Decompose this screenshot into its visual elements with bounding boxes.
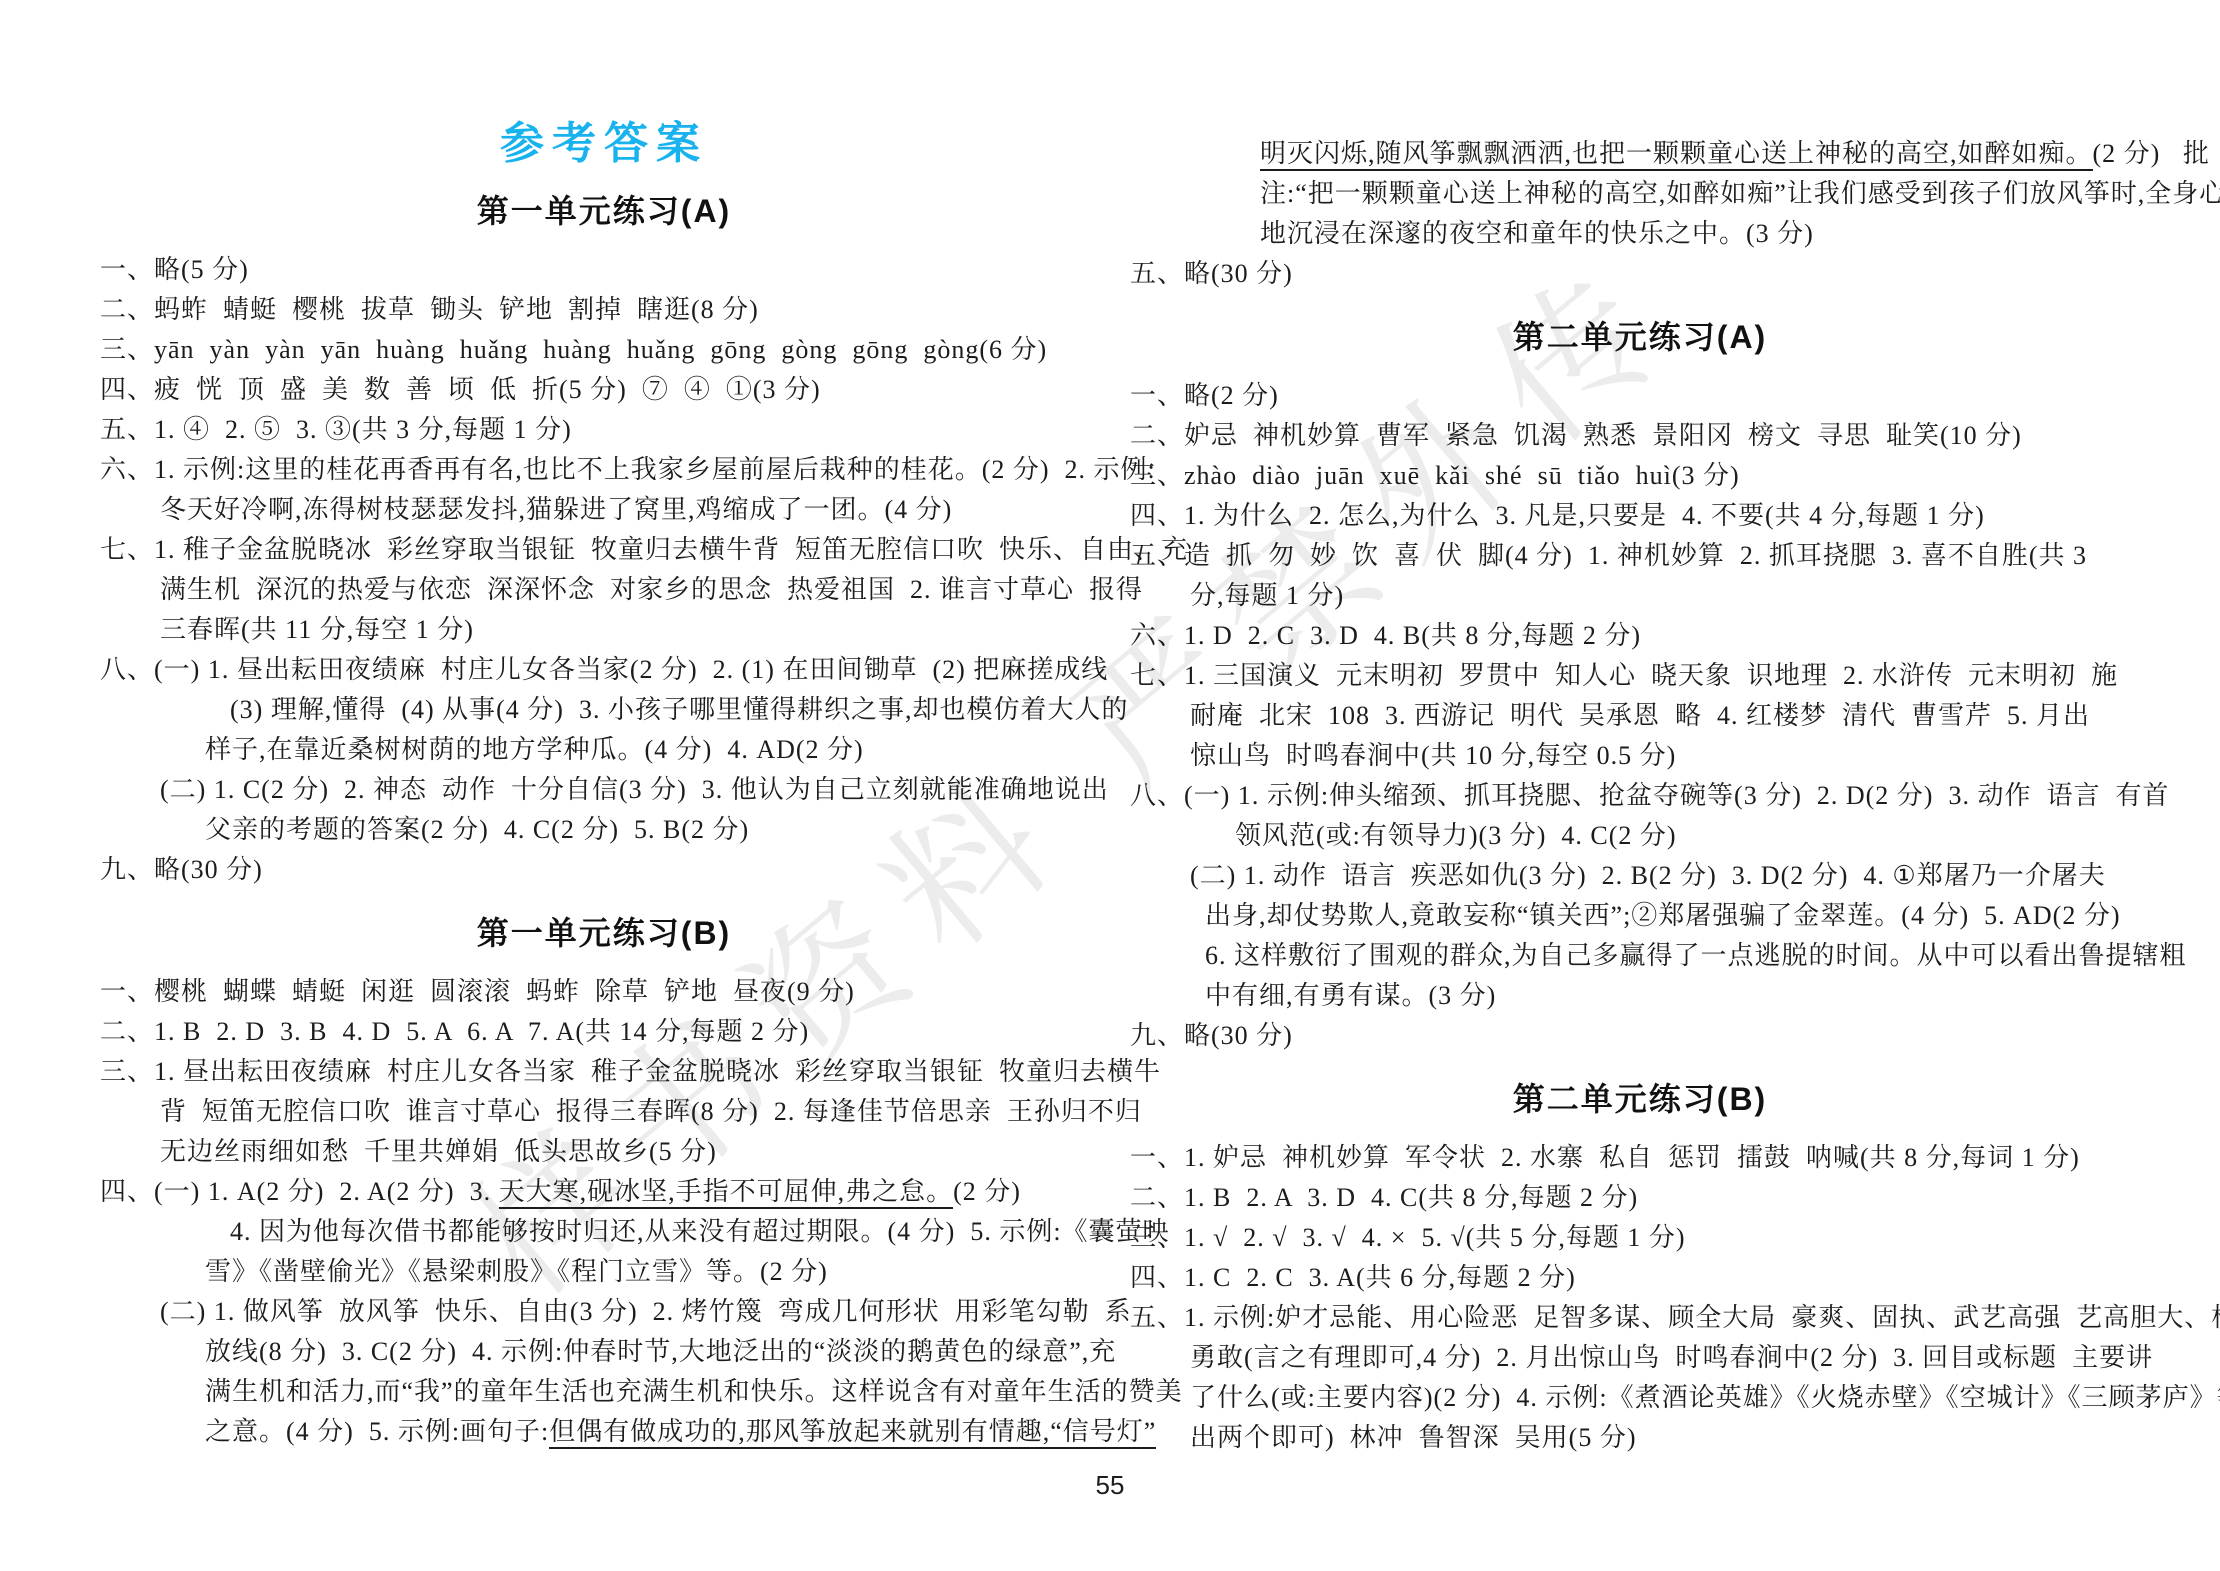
answer-line: 出两个即可) 林冲 鲁智深 吴用(5 分) bbox=[1130, 1418, 2150, 1458]
answer-line: 放线(8 分) 3. C(2 分) 4. 示例:仲春时节,大地泛出的“淡淡的鹅黄… bbox=[100, 1332, 1108, 1372]
answer-text: 七、1. 稚子金盆脱晓冰 彩丝穿取当银钲 牧童归去横牛背 短笛无腔信口吹 快乐、… bbox=[100, 535, 1188, 564]
answer-line: 四、(一) 1. A(2 分) 2. A(2 分) 3. 天大寒,砚冰坚,手指不… bbox=[100, 1172, 1108, 1212]
section-heading: 第二单元练习(B) bbox=[1130, 1078, 2150, 1120]
answer-text: 九、略(30 分) bbox=[100, 855, 263, 884]
answer-line: 注:“把一颗颗童心送上神秘的高空,如醉如痴”让我们感受到孩子们放风筝时,全身心 bbox=[1130, 174, 2150, 214]
answer-text: 6. 这样敷衍了围观的群众,为自己多赢得了一点逃脱的时间。从中可以看出鲁提辖粗 bbox=[1205, 941, 2187, 970]
answer-line: 二、蚂蚱 蜻蜓 樱桃 拔草 锄头 铲地 割掉 瞎逛(8 分) bbox=[100, 290, 1108, 330]
underlined-answer-text: 明灭闪烁,随风筝飘飘洒洒,也把一颗颗童心送上神秘的高空,如醉如痴。 bbox=[1260, 139, 2093, 171]
answer-line: 一、略(2 分) bbox=[1130, 376, 2150, 416]
left-column: 参考答案 第一单元练习(A)一、略(5 分)二、蚂蚱 蜻蜓 樱桃 拔草 锄头 铲… bbox=[100, 120, 1108, 1452]
answer-line: 三、1. 昼出耘田夜绩麻 村庄儿女各当家 稚子金盆脱晓冰 彩丝穿取当银钲 牧童归… bbox=[100, 1052, 1108, 1092]
answer-text: (3) 理解,懂得 (4) 从事(4 分) 3. 小孩子哪里懂得耕织之事,却也模… bbox=[230, 695, 1128, 724]
answer-text: 二、蚂蚱 蜻蜓 樱桃 拔草 锄头 铲地 割掉 瞎逛(8 分) bbox=[100, 295, 759, 324]
answer-line: (二) 1. C(2 分) 2. 神态 动作 十分自信(3 分) 3. 他认为自… bbox=[100, 770, 1108, 810]
answer-line: 三、1. √ 2. √ 3. √ 4. × 5. √(共 5 分,每题 1 分) bbox=[1130, 1218, 2150, 1258]
answer-line: 惊山鸟 时鸣春涧中(共 10 分,每空 0.5 分) bbox=[1130, 736, 2150, 776]
answer-line: 无边丝雨细如愁 千里共婵娟 低头思故乡(5 分) bbox=[100, 1132, 1108, 1172]
answer-line: 满生机和活力,而“我”的童年生活也充满生机和快乐。这样说含有对童年生活的赞美 bbox=[100, 1372, 1108, 1412]
answer-line: 五、1. 示例:妒才忌能、用心险恶 足智多谋、顾全大局 豪爽、固执、武艺高强 艺… bbox=[1130, 1298, 2150, 1338]
answer-text: 了什么(或:主要内容)(2 分) 4. 示例:《煮酒论英雄》《火烧赤壁》《空城计… bbox=[1190, 1383, 2220, 1412]
answer-text: 四、疲 恍 顶 盛 美 数 善 顷 低 折(5 分) ⑦ ④ ①(3 分) bbox=[100, 375, 821, 404]
answer-line: 三、yān yàn yàn yān huàng huǎng huàng huǎn… bbox=[100, 330, 1108, 370]
answer-line: 样子,在靠近桑树树荫的地方学种瓜。(4 分) 4. AD(2 分) bbox=[100, 730, 1108, 770]
underlined-answer-text: 天大寒,砚冰坚,手指不可屈伸,弗之怠。 bbox=[499, 1177, 954, 1209]
answer-line: 二、1. B 2. D 3. B 4. D 5. A 6. A 7. A(共 1… bbox=[100, 1012, 1108, 1052]
answer-text: (2 分) bbox=[953, 1177, 1021, 1206]
answer-text: 放线(8 分) 3. C(2 分) 4. 示例:仲春时节,大地泛出的“淡淡的鹅黄… bbox=[205, 1337, 1116, 1366]
answer-text: 地沉浸在深邃的夜空和童年的快乐之中。(3 分) bbox=[1260, 219, 1814, 248]
answer-text: 背 短笛无腔信口吹 谁言寸草心 报得三春晖(8 分) 2. 每逢佳节倍思亲 王孙… bbox=[160, 1097, 1142, 1126]
answer-text: 六、1. D 2. C 3. D 4. B(共 8 分,每题 2 分) bbox=[1130, 621, 1641, 650]
answer-text: 五、略(30 分) bbox=[1130, 259, 1293, 288]
answer-text: 二、1. B 2. D 3. B 4. D 5. A 6. A 7. A(共 1… bbox=[100, 1017, 809, 1046]
answer-text: 二、1. B 2. A 3. D 4. C(共 8 分,每题 2 分) bbox=[1130, 1183, 1638, 1212]
answer-line: 耐庵 北宋 108 3. 西游记 明代 吴承恩 略 4. 红楼梦 清代 曹雪芹 … bbox=[1130, 696, 2150, 736]
answer-text: 一、略(5 分) bbox=[100, 255, 249, 284]
answer-line: (二) 1. 做风筝 放风筝 快乐、自由(3 分) 2. 烤竹篾 弯成几何形状 … bbox=[100, 1292, 1108, 1332]
answer-line: 二、1. B 2. A 3. D 4. C(共 8 分,每题 2 分) bbox=[1130, 1178, 2150, 1218]
answer-text: 九、略(30 分) bbox=[1130, 1021, 1293, 1050]
answer-text: 勇敢(言之有理即可,4 分) 2. 月出惊山鸟 时鸣春涧中(2 分) 3. 回目… bbox=[1190, 1343, 2153, 1372]
answer-text: 五、1. ④ 2. ⑤ 3. ③(共 3 分,每题 1 分) bbox=[100, 415, 572, 444]
answer-line: 一、樱桃 蝴蝶 蜻蜓 闲逛 圆滚滚 蚂蚱 除草 铲地 昼夜(9 分) bbox=[100, 972, 1108, 1012]
page-number: 55 bbox=[0, 1470, 2220, 1501]
answer-line: 二、妒忌 神机妙算 曹军 紧急 饥渴 熟悉 景阳冈 榜文 寻思 耻笑(10 分) bbox=[1130, 416, 2150, 456]
answer-line: 六、1. D 2. C 3. D 4. B(共 8 分,每题 2 分) bbox=[1130, 616, 2150, 656]
answer-line: 了什么(或:主要内容)(2 分) 4. 示例:《煮酒论英雄》《火烧赤壁》《空城计… bbox=[1130, 1378, 2150, 1418]
answer-line: 七、1. 稚子金盆脱晓冰 彩丝穿取当银钲 牧童归去横牛背 短笛无腔信口吹 快乐、… bbox=[100, 530, 1108, 570]
answer-text: (二) 1. C(2 分) 2. 神态 动作 十分自信(3 分) 3. 他认为自… bbox=[160, 775, 1109, 804]
answer-line: 八、(一) 1. 示例:伸头缩颈、抓耳挠腮、抢盆夺碗等(3 分) 2. D(2 … bbox=[1130, 776, 2150, 816]
answer-line: 三春晖(共 11 分,每空 1 分) bbox=[100, 610, 1108, 650]
answer-line: 一、略(5 分) bbox=[100, 250, 1108, 290]
answer-text: 五、造 抓 勿 妙 饮 喜 伏 脚(4 分) 1. 神机妙算 2. 抓耳挠腮 3… bbox=[1130, 541, 2087, 570]
answer-line: 四、疲 恍 顶 盛 美 数 善 顷 低 折(5 分) ⑦ ④ ①(3 分) bbox=[100, 370, 1108, 410]
answer-text: 耐庵 北宋 108 3. 西游记 明代 吴承恩 略 4. 红楼梦 清代 曹雪芹 … bbox=[1190, 701, 2090, 730]
answer-text: 一、1. 妒忌 神机妙算 军令状 2. 水寨 私自 惩罚 擂鼓 呐喊(共 8 分… bbox=[1130, 1143, 2080, 1172]
answer-text: 四、1. C 2. C 3. A(共 6 分,每题 2 分) bbox=[1130, 1263, 1576, 1292]
answer-key-page: 样书资料 严禁外传 参考答案 第一单元练习(A)一、略(5 分)二、蚂蚱 蜻蜓 … bbox=[0, 0, 2220, 1571]
answer-text: 八、(一) 1. 示例:伸头缩颈、抓耳挠腮、抢盆夺碗等(3 分) 2. D(2 … bbox=[1130, 781, 2169, 810]
answer-line: (二) 1. 动作 语言 疾恶如仇(3 分) 2. B(2 分) 3. D(2 … bbox=[1130, 856, 2150, 896]
answer-line: 五、造 抓 勿 妙 饮 喜 伏 脚(4 分) 1. 神机妙算 2. 抓耳挠腮 3… bbox=[1130, 536, 2150, 576]
answer-text: 一、樱桃 蝴蝶 蜻蜓 闲逛 圆滚滚 蚂蚱 除草 铲地 昼夜(9 分) bbox=[100, 977, 855, 1006]
answer-text: 样子,在靠近桑树树荫的地方学种瓜。(4 分) 4. AD(2 分) bbox=[205, 735, 864, 764]
answer-text: 4. 因为他每次借书都能够按时归还,从来没有超过期限。(4 分) 5. 示例:《… bbox=[230, 1217, 1170, 1246]
answer-line: 父亲的考题的答案(2 分) 4. C(2 分) 5. B(2 分) bbox=[100, 810, 1108, 850]
answer-text: 三、1. 昼出耘田夜绩麻 村庄儿女各当家 稚子金盆脱晓冰 彩丝穿取当银钲 牧童归… bbox=[100, 1057, 1161, 1086]
answer-line: 分,每题 1 分) bbox=[1130, 576, 2150, 616]
answer-text: 七、1. 三国演义 元末明初 罗贯中 知人心 晓天象 识地理 2. 水浒传 元末… bbox=[1130, 661, 2118, 690]
answer-text: 二、妒忌 神机妙算 曹军 紧急 饥渴 熟悉 景阳冈 榜文 寻思 耻笑(10 分) bbox=[1130, 421, 2022, 450]
answer-line: 满生机 深沉的热爱与依恋 深深怀念 对家乡的思念 热爱祖国 2. 谁言寸草心 报… bbox=[100, 570, 1108, 610]
answer-text: 冬天好冷啊,冻得树枝瑟瑟发抖,猫躲进了窝里,鸡缩成了一团。(4 分) bbox=[160, 495, 952, 524]
answer-text: 满生机和活力,而“我”的童年生活也充满生机和快乐。这样说含有对童年生活的赞美 bbox=[205, 1377, 1183, 1406]
answer-line: 一、1. 妒忌 神机妙算 军令状 2. 水寨 私自 惩罚 擂鼓 呐喊(共 8 分… bbox=[1130, 1138, 2150, 1178]
answer-line: 中有细,有勇有谋。(3 分) bbox=[1130, 976, 2150, 1016]
answer-line: 六、1. 示例:这里的桂花再香再有名,也比不上我家乡屋前屋后栽种的桂花。(2 分… bbox=[100, 450, 1108, 490]
section-heading: 第二单元练习(A) bbox=[1130, 316, 2150, 358]
answer-text: 一、略(2 分) bbox=[1130, 381, 1279, 410]
answer-line: 九、略(30 分) bbox=[1130, 1016, 2150, 1056]
answer-text: (二) 1. 做风筝 放风筝 快乐、自由(3 分) 2. 烤竹篾 弯成几何形状 … bbox=[160, 1297, 1132, 1326]
answer-text: 六、1. 示例:这里的桂花再香再有名,也比不上我家乡屋前屋后栽种的桂花。(2 分… bbox=[100, 455, 1156, 484]
underlined-answer-text: 但偶有做成功的,那风筝放起来就别有情趣,“信号灯” bbox=[549, 1417, 1156, 1449]
answer-text: 出身,却仗势欺人,竟敢妄称“镇关西”;②郑屠强骗了金翠莲。(4 分) 5. AD… bbox=[1205, 901, 2121, 930]
answer-text: 满生机 深沉的热爱与依恋 深深怀念 对家乡的思念 热爱祖国 2. 谁言寸草心 报… bbox=[160, 575, 1143, 604]
answer-line: 五、1. ④ 2. ⑤ 3. ③(共 3 分,每题 1 分) bbox=[100, 410, 1108, 450]
section-heading: 第一单元练习(B) bbox=[100, 912, 1108, 954]
answer-text: 父亲的考题的答案(2 分) 4. C(2 分) 5. B(2 分) bbox=[205, 815, 749, 844]
answer-line: 领风范(或:有领导力)(3 分) 4. C(2 分) bbox=[1130, 816, 2150, 856]
answer-text: 领风范(或:有领导力)(3 分) 4. C(2 分) bbox=[1235, 821, 1677, 850]
answer-line: 之意。(4 分) 5. 示例:画句子:但偶有做成功的,那风筝放起来就别有情趣,“… bbox=[100, 1412, 1108, 1452]
answer-text: 五、1. 示例:妒才忌能、用心险恶 足智多谋、顾全大局 豪爽、固执、武艺高强 艺… bbox=[1130, 1303, 2220, 1332]
answer-line: (3) 理解,懂得 (4) 从事(4 分) 3. 小孩子哪里懂得耕织之事,却也模… bbox=[100, 690, 1108, 730]
answer-text: 中有细,有勇有谋。(3 分) bbox=[1205, 981, 1496, 1010]
answer-text: 三、1. √ 2. √ 3. √ 4. × 5. √(共 5 分,每题 1 分) bbox=[1130, 1223, 1686, 1252]
doc-title: 参考答案 bbox=[100, 120, 1108, 168]
answer-text: 分,每题 1 分) bbox=[1190, 581, 1344, 610]
answer-line: 勇敢(言之有理即可,4 分) 2. 月出惊山鸟 时鸣春涧中(2 分) 3. 回目… bbox=[1130, 1338, 2150, 1378]
answer-line: 四、1. C 2. C 3. A(共 6 分,每题 2 分) bbox=[1130, 1258, 2150, 1298]
answer-text: 八、(一) 1. 昼出耘田夜绩麻 村庄儿女各当家(2 分) 2. (1) 在田间… bbox=[100, 655, 1108, 684]
answer-text: 四、1. 为什么 2. 怎么,为什么 3. 凡是,只要是 4. 不要(共 4 分… bbox=[1130, 501, 1985, 530]
answer-line: 四、1. 为什么 2. 怎么,为什么 3. 凡是,只要是 4. 不要(共 4 分… bbox=[1130, 496, 2150, 536]
answer-line: 八、(一) 1. 昼出耘田夜绩麻 村庄儿女各当家(2 分) 2. (1) 在田间… bbox=[100, 650, 1108, 690]
answer-text: 惊山鸟 时鸣春涧中(共 10 分,每空 0.5 分) bbox=[1190, 741, 1676, 770]
answer-line: 冬天好冷啊,冻得树枝瑟瑟发抖,猫躲进了窝里,鸡缩成了一团。(4 分) bbox=[100, 490, 1108, 530]
answer-line: 九、略(30 分) bbox=[100, 850, 1108, 890]
answer-line: 背 短笛无腔信口吹 谁言寸草心 报得三春晖(8 分) 2. 每逢佳节倍思亲 王孙… bbox=[100, 1092, 1108, 1132]
answer-line: 4. 因为他每次借书都能够按时归还,从来没有超过期限。(4 分) 5. 示例:《… bbox=[100, 1212, 1108, 1252]
answer-line: 明灭闪烁,随风筝飘飘洒洒,也把一颗颗童心送上神秘的高空,如醉如痴。(2 分) 批 bbox=[1130, 134, 2150, 174]
answer-text: 雪》《凿壁偷光》《悬梁刺股》《程门立雪》等。(2 分) bbox=[205, 1257, 828, 1286]
answer-line: 地沉浸在深邃的夜空和童年的快乐之中。(3 分) bbox=[1130, 214, 2150, 254]
answer-text: 三、zhào diào juān xuē kǎi shé sū tiǎo huì… bbox=[1130, 461, 1740, 490]
answer-line: 出身,却仗势欺人,竟敢妄称“镇关西”;②郑屠强骗了金翠莲。(4 分) 5. AD… bbox=[1130, 896, 2150, 936]
answer-text: 无边丝雨细如愁 千里共婵娟 低头思故乡(5 分) bbox=[160, 1137, 717, 1166]
answer-line: 五、略(30 分) bbox=[1130, 254, 2150, 294]
answer-text: (二) 1. 动作 语言 疾恶如仇(3 分) 2. B(2 分) 3. D(2 … bbox=[1190, 861, 2106, 890]
answer-text: 三、yān yàn yàn yān huàng huǎng huàng huǎn… bbox=[100, 335, 1047, 364]
answer-line: 七、1. 三国演义 元末明初 罗贯中 知人心 晓天象 识地理 2. 水浒传 元末… bbox=[1130, 656, 2150, 696]
answer-text: 四、(一) 1. A(2 分) 2. A(2 分) 3. bbox=[100, 1177, 499, 1206]
answer-text: 注:“把一颗颗童心送上神秘的高空,如醉如痴”让我们感受到孩子们放风筝时,全身心 bbox=[1260, 179, 2220, 208]
answer-text: 三春晖(共 11 分,每空 1 分) bbox=[160, 615, 474, 644]
answer-text: 出两个即可) 林冲 鲁智深 吴用(5 分) bbox=[1190, 1423, 1636, 1452]
answer-text: 之意。(4 分) 5. 示例:画句子: bbox=[205, 1417, 549, 1446]
answer-line: 三、zhào diào juān xuē kǎi shé sū tiǎo huì… bbox=[1130, 456, 2150, 496]
answer-line: 6. 这样敷衍了围观的群众,为自己多赢得了一点逃脱的时间。从中可以看出鲁提辖粗 bbox=[1130, 936, 2150, 976]
section-heading: 第一单元练习(A) bbox=[100, 190, 1108, 232]
right-column: 明灭闪烁,随风筝飘飘洒洒,也把一颗颗童心送上神秘的高空,如醉如痴。(2 分) 批… bbox=[1130, 134, 2150, 1458]
answer-line: 雪》《凿壁偷光》《悬梁刺股》《程门立雪》等。(2 分) bbox=[100, 1252, 1108, 1292]
answer-text: (2 分) 批 bbox=[2093, 139, 2210, 168]
